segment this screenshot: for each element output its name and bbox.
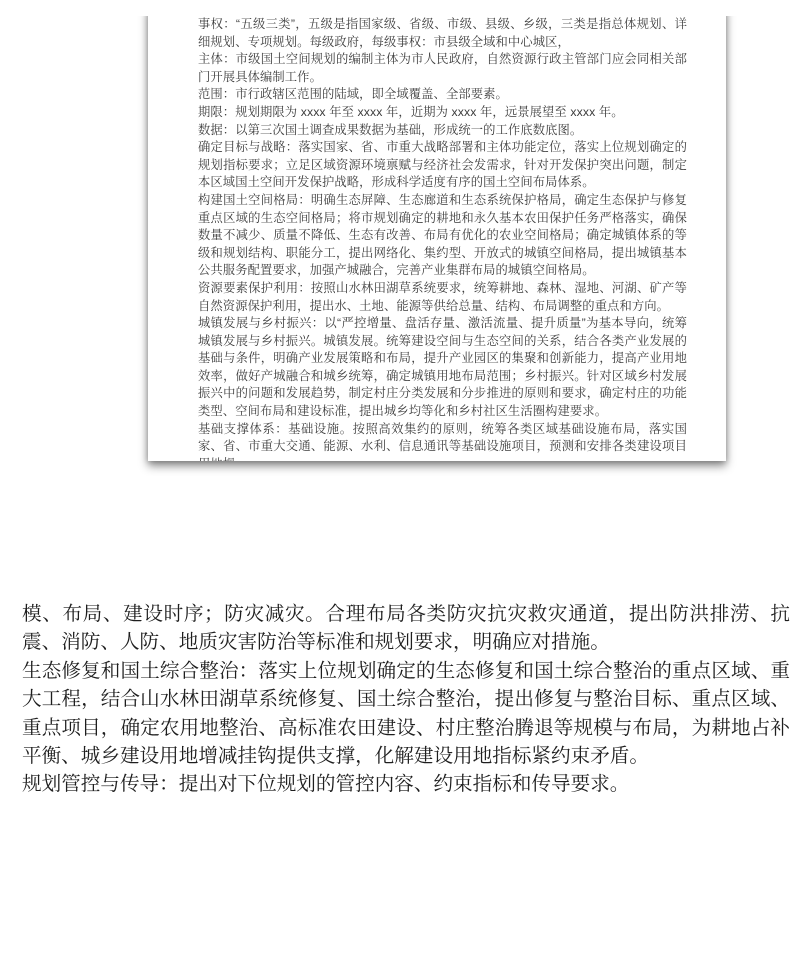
document-paragraph: 资源要素保护利用：按照山水林田湖草系统要求，统筹耕地、森林、湿地、河湖、矿产等自… (198, 280, 687, 315)
article-text: 模、布局、建设时序；防灾减灾。合理布局各类防灾抗灾救灾通道，提出防洪排涝、抗震、… (22, 600, 790, 799)
document-paragraph: 主体：市级国土空间规划的编制主体为市人民政府，自然资源行政主管部门应会同相关部门… (198, 51, 687, 86)
document-paragraph: 期限：规划期限为 xxxx 年至 xxxx 年，近期为 xxxx 年，远景展望至… (198, 104, 687, 122)
document-page-text: 事权：“五级三类”，五级是指国家级、省级、市级、县级、乡级，三类是指总体规划、详… (198, 16, 687, 461)
article-paragraph: 规划管控与传导：提出对下位规划的管控内容、约束指标和传导要求。 (22, 770, 790, 798)
document-paragraph: 基础支撑体系：基础设施。按照高效集约的原则，统筹各类区域基础设施布局，落实国家、… (198, 421, 687, 461)
document-paragraph: 城镇发展与乡村振兴：以“严控增量、盘活存量、激活流量、提升质量”为基本导向，统筹… (198, 315, 687, 421)
embedded-document-image: 事权：“五级三类”，五级是指国家级、省级、市级、县级、乡级，三类是指总体规划、详… (40, 16, 800, 476)
document-paragraph: 构建国土空间格局：明确生态屏障、生态廊道和生态系统保护格局，确定生态保护与修复重… (198, 192, 687, 280)
document-paragraph: 确定目标与战略：落实国家、省、市重大战略部署和主体功能定位，落实上位规划确定的规… (198, 139, 687, 192)
document-paragraph: 范围：市行政辖区范围的陆域，即全域覆盖、全部要素。 (198, 86, 687, 104)
article-paragraph: 模、布局、建设时序；防灾减灾。合理布局各类防灾抗灾救灾通道，提出防洪排涝、抗震、… (22, 600, 790, 657)
article-paragraph: 生态修复和国土综合整治：落实上位规划确定的生态修复和国土综合整治的重点区域、重大… (22, 657, 790, 771)
document-paragraph: 事权：“五级三类”，五级是指国家级、省级、市级、县级、乡级，三类是指总体规划、详… (198, 16, 687, 51)
document-page: 事权：“五级三类”，五级是指国家级、省级、市级、县级、乡级，三类是指总体规划、详… (148, 16, 726, 461)
document-paragraph: 数据：以第三次国土调查成果数据为基础，形成统一的工作底数底图。 (198, 122, 687, 140)
